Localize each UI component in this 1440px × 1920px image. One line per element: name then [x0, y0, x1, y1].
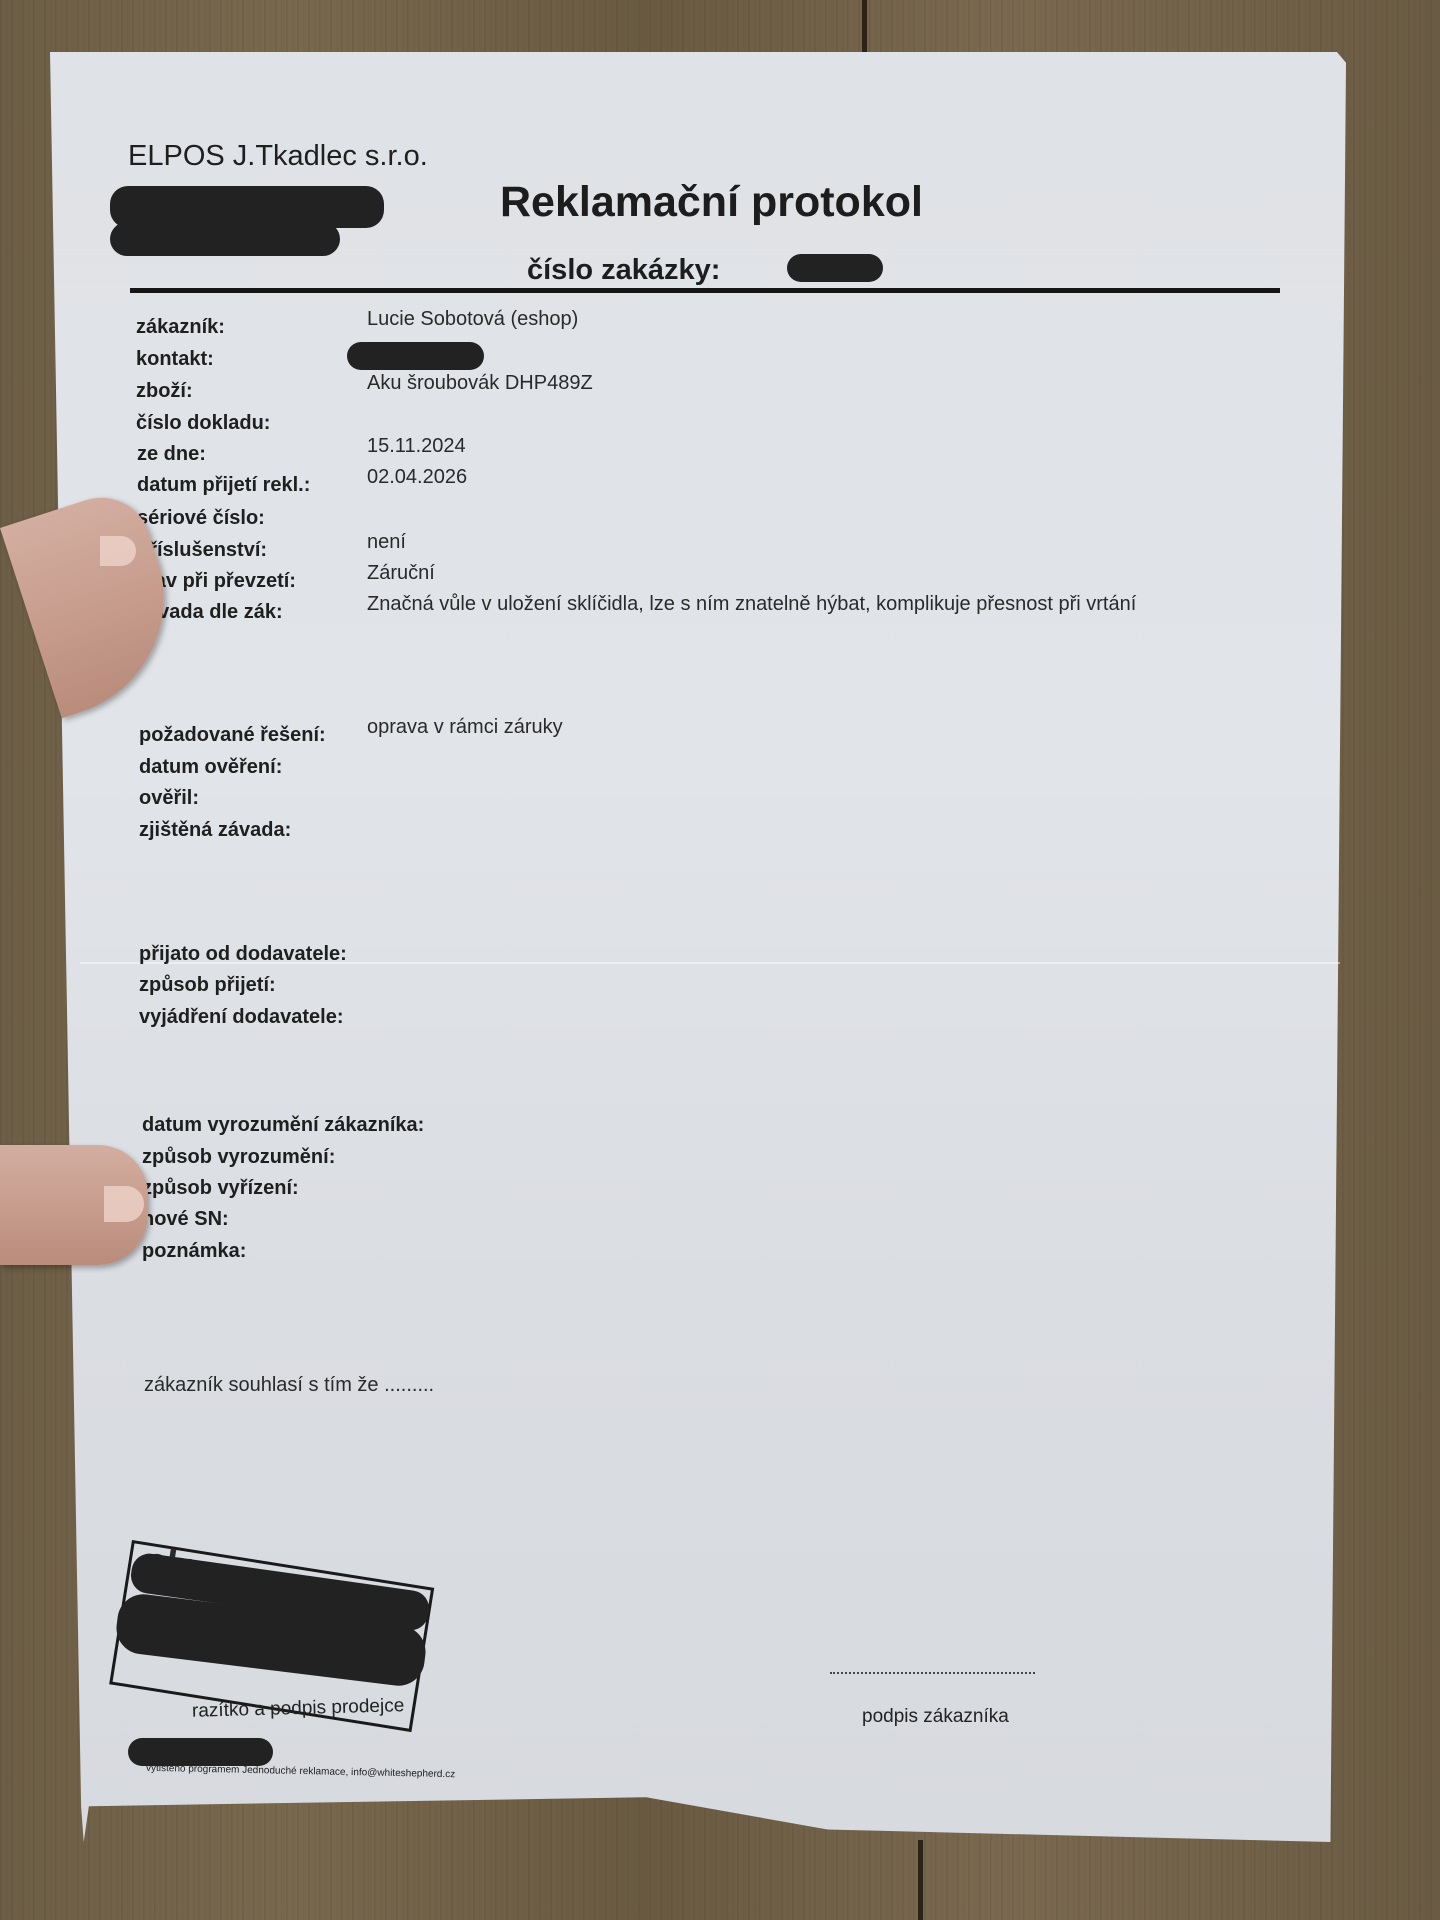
field-label: přijato od dodavatele:: [139, 943, 347, 966]
field-label: zákazník:: [136, 316, 225, 339]
field-label: datum vyrozumění zákazníka:: [142, 1114, 424, 1137]
field-value: Lucie Sobotová (eshop): [367, 308, 578, 331]
field-value: Aku šroubovák DHP489Z: [367, 372, 593, 395]
thumbnail-top: [100, 536, 136, 566]
field-label: způsob přijetí:: [139, 974, 276, 997]
field-label: datum přijetí rekl.:: [137, 474, 310, 497]
floor-plank-gap: [862, 0, 867, 60]
company-name: ELPOS J.Tkadlec s.r.o.: [128, 140, 428, 173]
field-label: způsob vyřízení:: [142, 1177, 299, 1200]
field-value: Záruční: [367, 562, 435, 585]
document-title: Reklamační protokol: [500, 178, 923, 227]
field-label: zjištěná závada:: [139, 819, 291, 842]
field-label: kontakt:: [136, 348, 214, 371]
header-divider: [130, 288, 1280, 293]
field-value: 02.04.2026: [367, 466, 467, 489]
field-value: oprava v rámci záruky: [367, 716, 563, 739]
redacted-contact: [347, 342, 484, 370]
field-label: nové SN:: [142, 1208, 229, 1231]
field-label: vyjádření dodavatele:: [139, 1006, 344, 1029]
consent-note: zákazník souhlasí s tím že .........: [144, 1374, 434, 1397]
field-label: ze dne:: [137, 443, 206, 466]
floor-plank-gap: [918, 1840, 923, 1920]
thumbnail-bottom: [104, 1186, 144, 1222]
order-number-label: číslo zakázky:: [527, 254, 720, 287]
field-label: zboží:: [136, 380, 193, 403]
field-label: požadované řešení:: [139, 724, 326, 747]
field-label: číslo dokladu:: [136, 412, 270, 435]
redacted-address: [110, 222, 340, 256]
field-label: poznámka:: [142, 1240, 246, 1263]
field-label: sériové číslo:: [137, 507, 265, 530]
customer-signature-label: podpis zákazníka: [862, 1706, 1009, 1728]
field-value: Značná vůle v uložení sklíčidla, lze s n…: [367, 593, 1136, 616]
field-label: datum ověření:: [139, 756, 282, 779]
redacted-order-number: [787, 254, 883, 282]
customer-signature-line: [830, 1672, 1035, 1674]
field-value: 15.11.2024: [367, 435, 466, 458]
redacted-footer: [128, 1738, 273, 1766]
field-value: není: [367, 531, 406, 554]
field-label: způsob vyrozumění:: [142, 1146, 335, 1169]
field-label: ověřil:: [139, 787, 199, 810]
